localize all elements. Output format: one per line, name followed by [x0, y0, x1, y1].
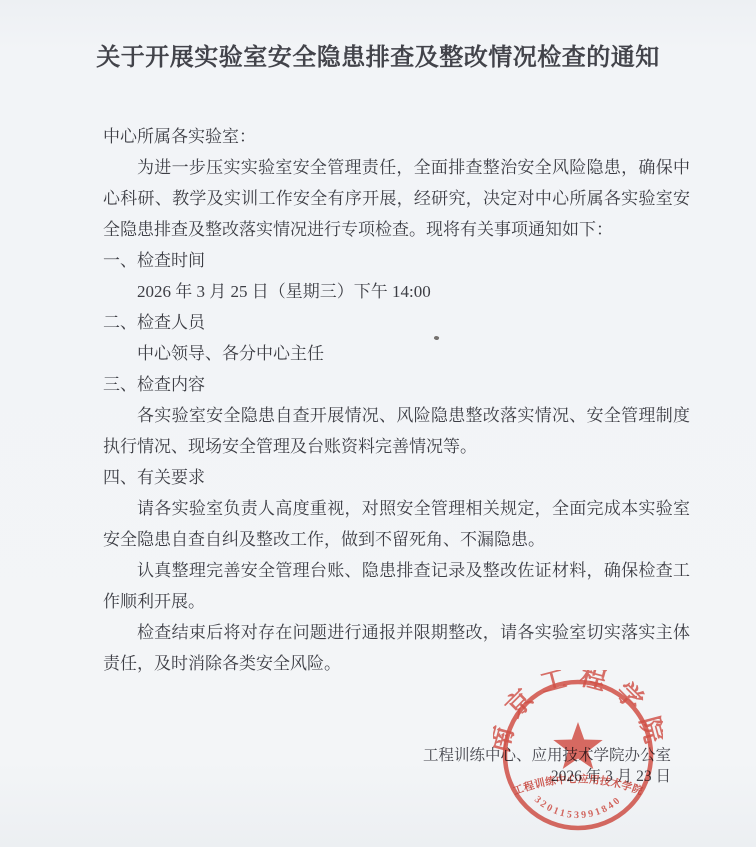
section-2-line: 中心领导、各分中心主任: [103, 338, 690, 369]
svg-text:南京工程学院: 南京工程学院: [493, 670, 663, 756]
section-heading-3: 三、检查内容: [103, 369, 690, 400]
signing-office: 工程训练中心、应用技术学院办公室: [0, 745, 671, 766]
section-heading-4: 四、有关要求: [103, 462, 690, 493]
seal-outer-text: 南京工程学院: [493, 670, 663, 756]
intro-paragraph: 为进一步压实实验室安全管理责任，全面排查整治安全风险隐患，确保中心科研、教学及实…: [103, 152, 690, 245]
document-title: 关于开展实验室安全隐患排查及整改情况检查的通知: [0, 0, 756, 74]
seal-serial-number: 3201153991840: [532, 794, 624, 821]
section-heading-2: 二、检查人员: [103, 307, 690, 338]
section-3-paragraph: 各实验室安全隐患自查开展情况、风险隐患整改落实情况、安全管理制度执行情况、现场安…: [103, 400, 690, 462]
section-1-line: 2026 年 3 月 25 日（星期三）下午 14:00: [103, 276, 690, 307]
signature-block: 工程训练中心、应用技术学院办公室 2026 年 3 月 23 日: [0, 745, 756, 787]
signing-date: 2026 年 3 月 23 日: [0, 766, 671, 787]
section-4-paragraph-1: 请各实验室负责人高度重视，对照安全管理相关规定，全面完成本实验室安全隐患自查自纠…: [103, 493, 690, 555]
section-4-paragraph-3: 检查结束后将对存在问题进行通报并限期整改，请各实验室切实落实主体责任，及时消除各…: [103, 617, 690, 679]
section-heading-1: 一、检查时间: [103, 245, 690, 276]
salutation: 中心所属各实验室：: [103, 121, 690, 152]
document-body: 中心所属各实验室： 为进一步压实实验室安全管理责任，全面排查整治安全风险隐患，确…: [0, 121, 756, 679]
section-4-paragraph-2: 认真整理完善安全管理台账、隐患排查记录及整改佐证材料，确保检查工作顺利开展。: [103, 555, 690, 617]
notice-document: 关于开展实验室安全隐患排查及整改情况检查的通知 中心所属各实验室： 为进一步压实…: [0, 0, 756, 847]
svg-text:3201153991840: 3201153991840: [532, 794, 624, 821]
